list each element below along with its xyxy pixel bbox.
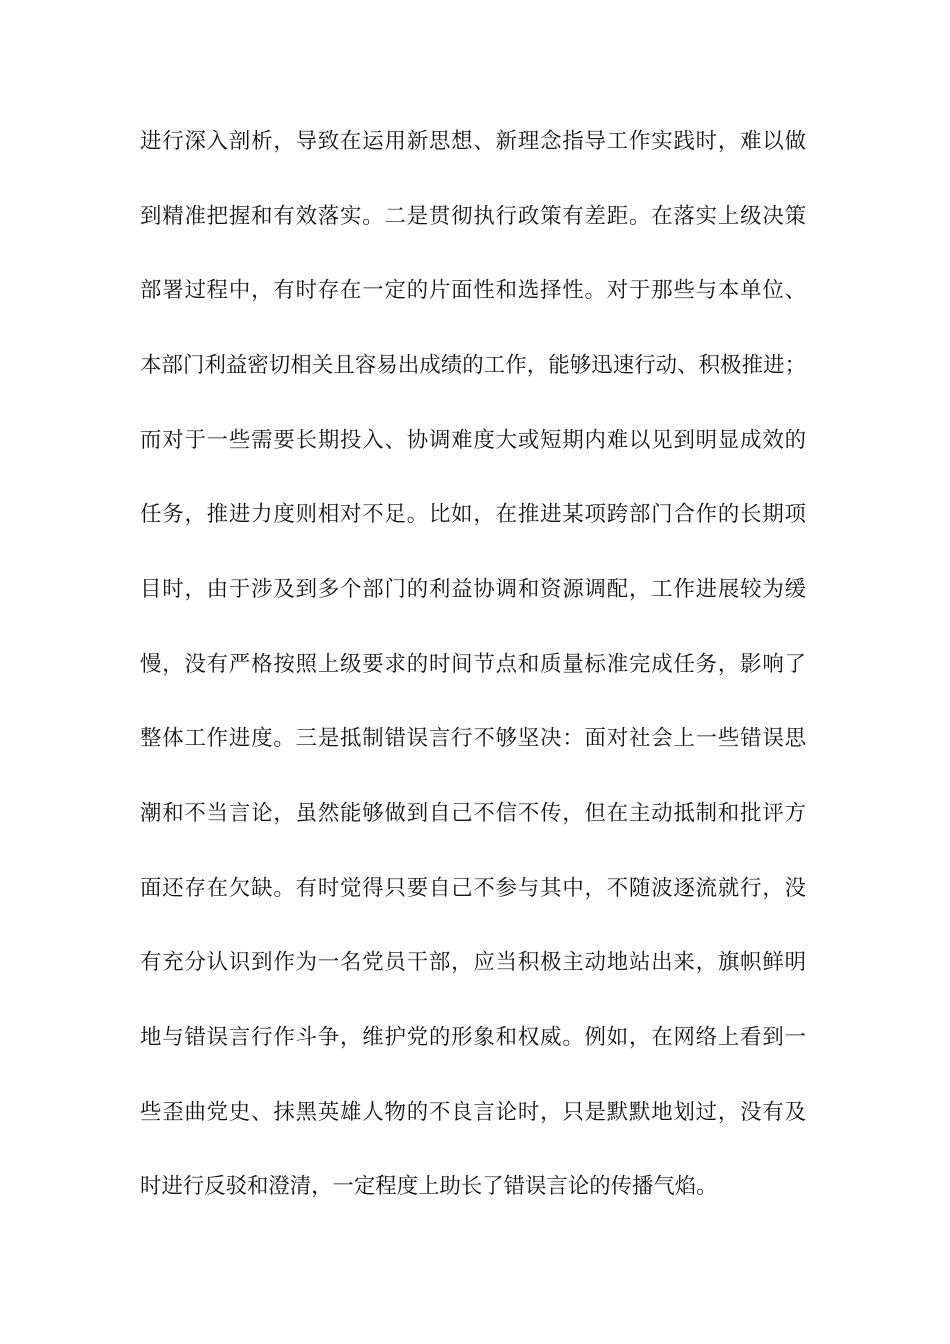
text-line: 有充分认识到作为一名党员干部，应当积极主动地站出来，旗帜鲜明 [140, 925, 806, 1000]
text-line: 面还存在欠缺。有时觉得只要自己不参与其中，不随波逐流就行，没 [140, 851, 806, 926]
text-line: 任务，推进力度则相对不足。比如，在推进某项跨部门合作的长期项 [140, 477, 806, 552]
text-line: 到精准把握和有效落实。二是贯彻执行政策有差距。在落实上级决策 [140, 179, 806, 254]
text-line: 进行深入剖析，导致在运用新思想、新理念指导工作实践时，难以做 [140, 104, 806, 179]
text-line: 地与错误言行作斗争，维护党的形象和权威。例如，在网络上看到一 [140, 1000, 806, 1075]
text-line: 部署过程中，有时存在一定的片面性和选择性。对于那些与本单位、 [140, 253, 806, 328]
text-line: 而对于一些需要长期投入、协调难度大或短期内难以见到明显成效的 [140, 403, 806, 478]
text-line: 目时，由于涉及到多个部门的利益协调和资源调配，工作进展较为缓 [140, 552, 806, 627]
text-line: 本部门利益密切相关且容易出成绩的工作，能够迅速行动、积极推进； [140, 328, 806, 403]
text-line: 潮和不当言论，虽然能够做到自己不信不传，但在主动抵制和批评方 [140, 776, 806, 851]
text-line: 时进行反驳和澄清，一定程度上助长了错误言论的传播气焰。 [140, 1149, 806, 1224]
document-text-block: 进行深入剖析，导致在运用新思想、新理念指导工作实践时，难以做 到精准把握和有效落… [140, 104, 806, 1224]
text-line: 慢，没有严格按照上级要求的时间节点和质量标准完成任务，影响了 [140, 627, 806, 702]
document-page: 进行深入剖析，导致在运用新思想、新理念指导工作实践时，难以做 到精准把握和有效落… [0, 0, 950, 1344]
text-line: 整体工作进度。三是抵制错误言行不够坚决：面对社会上一些错误思 [140, 701, 806, 776]
text-line: 些歪曲党史、抹黑英雄人物的不良言论时，只是默默地划过，没有及 [140, 1075, 806, 1150]
